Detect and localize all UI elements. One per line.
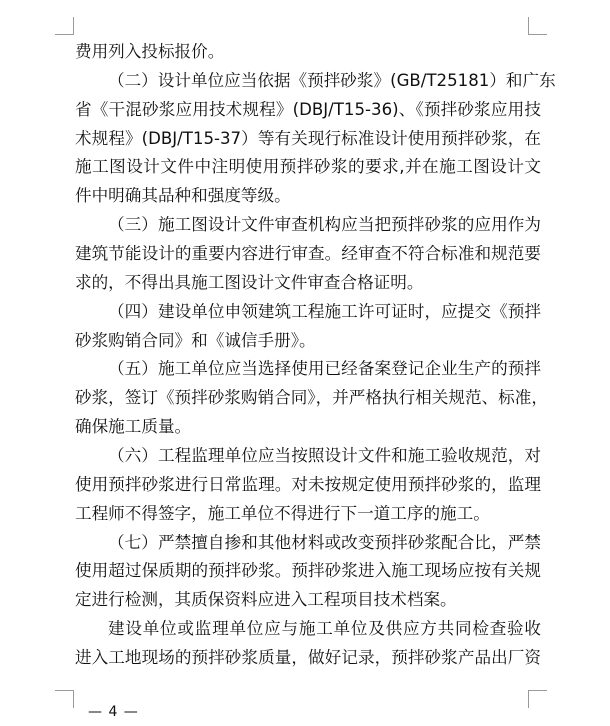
text-line: 建设单位或监理单位应与施工单位及供应方共同检查验收 <box>75 615 541 644</box>
text-line: （七）严禁擅自掺和其他材料或改变预拌砂浆配合比，严禁 <box>75 529 541 558</box>
crop-mark-top-right <box>528 17 547 35</box>
page-number: — 4 — <box>88 703 139 721</box>
crop-mark-bottom-right <box>528 690 547 708</box>
text-line: （二）设计单位应当依据《预拌砂浆》(GB/T25181）和广东 <box>75 67 541 96</box>
text-line: 件中明确其品种和强度等级。 <box>75 182 541 211</box>
crop-mark-bottom-left <box>55 690 74 708</box>
text-line: （六）工程监理单位应当按照设计文件和施工验收规范，对 <box>75 442 541 471</box>
text-line: 费用列入投标报价。 <box>75 38 541 67</box>
text-line: 进入工地现场的预拌砂浆质量，做好记录，预拌砂浆产品出厂资 <box>75 644 541 673</box>
text-line: 求的，不得出具施工图设计文件审查合格证明。 <box>75 269 541 298</box>
crop-mark-top-left <box>55 17 74 35</box>
text-line: 使用超过保质期的预拌砂浆。预拌砂浆进入施工现场应按有关规 <box>75 557 541 586</box>
document-body: 费用列入投标报价。 （二）设计单位应当依据《预拌砂浆》(GB/T25181）和广… <box>75 38 541 673</box>
text-line: 术规程》(DBJ/T15-37）等有关现行标准设计使用预拌砂浆，在 <box>75 125 541 154</box>
text-line: 砂浆，签订《预拌砂浆购销合同》，并严格执行相关规范、标准， <box>75 384 541 413</box>
text-line: 施工图设计文件中注明使用预拌砂浆的要求,并在施工图设计文 <box>75 153 541 182</box>
text-line: 使用预拌砂浆进行日常监理。对未按规定使用预拌砂浆的，监理 <box>75 471 541 500</box>
document-page: 费用列入投标报价。 （二）设计单位应当依据《预拌砂浆》(GB/T25181）和广… <box>0 0 610 726</box>
text-line: （四）建设单位申领建筑工程施工许可证时，应提交《预拌 <box>75 298 541 327</box>
text-line: 砂浆购销合同》和《诚信手册》。 <box>75 327 541 356</box>
text-line: 工程师不得签字，施工单位不得进行下一道工序的施工。 <box>75 500 541 529</box>
text-line: 省《干混砂浆应用技术规程》(DBJ/T15-36)、《预拌砂浆应用技 <box>75 96 541 125</box>
text-line: （三）施工图设计文件审查机构应当把预拌砂浆的应用作为 <box>75 211 541 240</box>
text-line: 定进行检测，其质保资料应进入工程项目技术档案。 <box>75 586 541 615</box>
text-line: （五）施工单位应当选择使用已经备案登记企业生产的预拌 <box>75 355 541 384</box>
text-line: 建筑节能设计的重要内容进行审查。经审查不符合标准和规范要 <box>75 240 541 269</box>
text-line: 确保施工质量。 <box>75 413 541 442</box>
